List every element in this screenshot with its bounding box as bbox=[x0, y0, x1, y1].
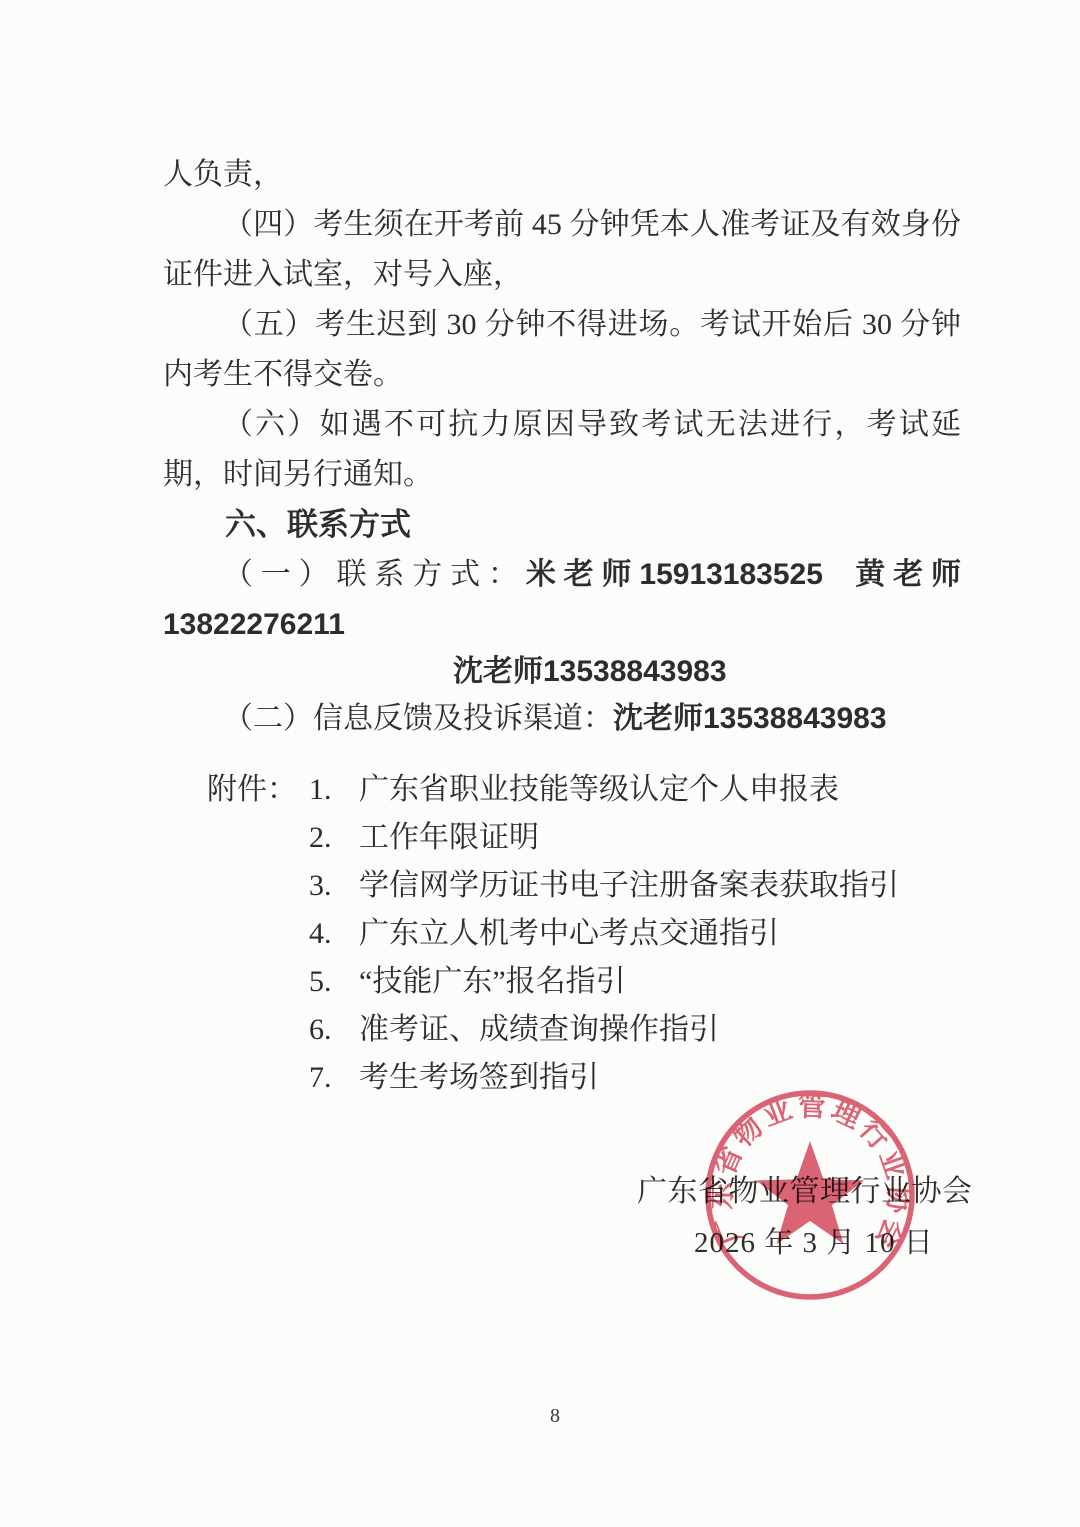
paragraph-item-4: （四）考生须在开考前 45 分钟凭本人准考证及有效身份证件进入试室，对号入座， bbox=[163, 200, 961, 300]
attachment-number: 3. bbox=[309, 862, 359, 910]
contact-item-2-phone: 沈老师13538843983 bbox=[613, 702, 887, 735]
stamp-star-icon bbox=[756, 1141, 864, 1244]
contact-item-2-label: （二）信息反馈及投诉渠道： bbox=[223, 702, 613, 735]
page-number: 8 bbox=[540, 1405, 570, 1428]
attachments-label: 附件： bbox=[207, 766, 309, 814]
document-body: 人负责， （四）考生须在开考前 45 分钟凭本人准考证及有效身份证件进入试室，对… bbox=[163, 150, 961, 1102]
attachment-title: 广东立人机考中心考点交通指引 bbox=[359, 910, 961, 958]
attachment-title: 工作年限证明 bbox=[359, 814, 961, 862]
attachment-number: 5. bbox=[309, 958, 359, 1006]
paragraph-item-5: （五）考生迟到 30 分钟不得进场。考试开始后 30 分钟内考生不得交卷。 bbox=[163, 300, 961, 400]
attachment-title: 准考证、成绩查询操作指引 bbox=[359, 1006, 961, 1054]
paragraph-item-6: （六）如遇不可抗力原因导致考试无法进行，考试延期，时间另行通知。 bbox=[163, 400, 961, 500]
document-page: 人负责， （四）考生须在开考前 45 分钟凭本人准考证及有效身份证件进入试室，对… bbox=[0, 0, 1080, 1527]
paragraph-continuation: 人负责， bbox=[163, 150, 961, 200]
contact-item-2: （二）信息反馈及投诉渠道：沈老师13538843983 bbox=[163, 694, 961, 744]
contact-item-1-phones-line2: 沈老师13538843983 bbox=[453, 650, 961, 694]
attachment-row: 5. “技能广东”报名指引 bbox=[207, 958, 961, 1006]
attachment-row: 附件： 1. 广东省职业技能等级认定个人申报表 bbox=[207, 766, 961, 814]
attachment-number: 1. bbox=[309, 766, 359, 814]
attachment-row: 3. 学信网学历证书电子注册备案表获取指引 bbox=[207, 862, 961, 910]
attachment-row: 6. 准考证、成绩查询操作指引 bbox=[207, 1006, 961, 1054]
attachment-number: 4. bbox=[309, 910, 359, 958]
attachment-title: 学信网学历证书电子注册备案表获取指引 bbox=[359, 862, 961, 910]
attachment-row: 2. 工作年限证明 bbox=[207, 814, 961, 862]
attachment-number: 2. bbox=[309, 814, 359, 862]
attachment-title: “技能广东”报名指引 bbox=[359, 958, 961, 1006]
attachment-number: 6. bbox=[309, 1006, 359, 1054]
attachments-section: 附件： 1. 广东省职业技能等级认定个人申报表 2. 工作年限证明 3. 学信网… bbox=[163, 766, 961, 1102]
official-seal-stamp: 广东省物业管理行业协会 bbox=[701, 1086, 919, 1304]
contact-item-1-label: （一）联系方式： bbox=[223, 558, 526, 591]
attachment-title: 广东省职业技能等级认定个人申报表 bbox=[359, 766, 961, 814]
contact-item-1: （一）联系方式：米老师15913183525 黄老师13822276211沈老师… bbox=[163, 550, 961, 694]
attachment-row: 4. 广东立人机考中心考点交通指引 bbox=[207, 910, 961, 958]
attachment-number: 7. bbox=[309, 1054, 359, 1102]
section-heading-contact: 六、联系方式 bbox=[163, 500, 961, 550]
